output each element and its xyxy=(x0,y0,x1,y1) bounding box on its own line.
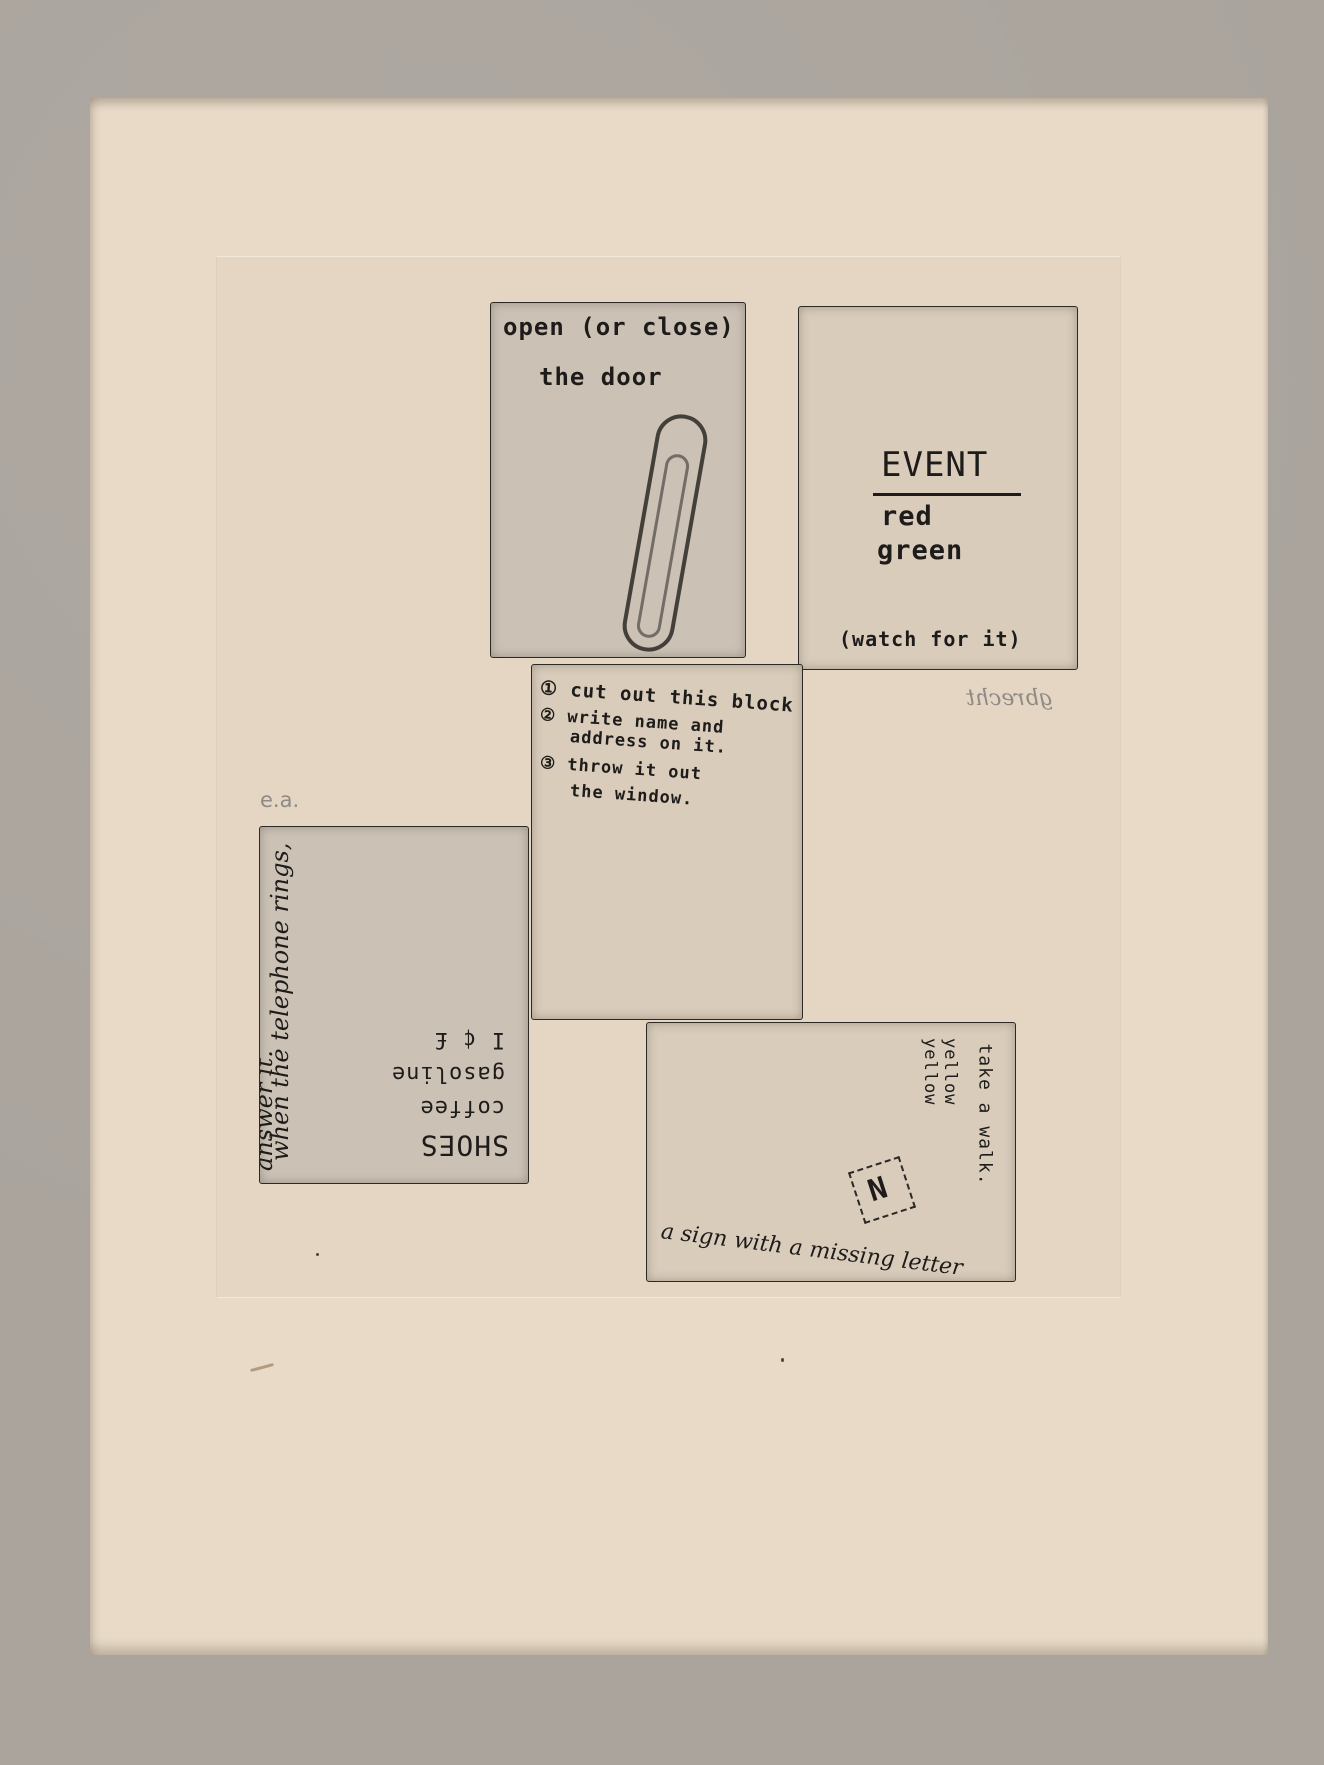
event-footer: (watch for it) xyxy=(839,627,1022,651)
event-underline xyxy=(873,493,1021,496)
inverted-line-shoes: SHOES xyxy=(420,1129,509,1162)
card-open-close-door: open (or close) the door xyxy=(490,302,746,658)
inverted-line-gasoline: gasoline xyxy=(391,1061,505,1086)
card-event: EVENT red green (watch for it) xyxy=(798,306,1078,670)
cutout-line-4: ③ throw it out xyxy=(539,753,702,784)
sign-vertical-yellow-1: yellow xyxy=(940,1038,960,1128)
missing-letter-stamp: N xyxy=(848,1156,916,1224)
inverted-text-block: I ¢ £ gasoline coffee SHOES xyxy=(395,1012,515,1172)
foxing-mark xyxy=(781,1358,784,1362)
telephone-line-2: answer it. xyxy=(259,971,278,1171)
sign-vertical-take-walk: take a walk. xyxy=(975,1044,996,1204)
sign-bottom-line: a sign with a missing letter xyxy=(659,1219,963,1281)
edition-annotation: e.a. xyxy=(260,788,299,812)
event-line-green: green xyxy=(877,535,963,566)
artist-signature-mirrored: gbrecht xyxy=(966,686,1053,711)
card-door-line-2: the door xyxy=(539,363,663,391)
stamp-letter: N xyxy=(864,1170,893,1209)
event-line-red: red xyxy=(881,501,933,532)
sign-vertical-yellow-2: yellow xyxy=(920,1038,940,1128)
inverted-line-symbols: I ¢ £ xyxy=(434,1027,505,1052)
card-door-line-1: open (or close) xyxy=(503,313,735,341)
card-cut-out-block: ① cut out this block ② write name and ad… xyxy=(531,664,803,1020)
card-telephone: when the telephone rings, answer it. I ¢… xyxy=(259,826,529,1184)
foxing-mark xyxy=(316,1253,319,1256)
card-sign-missing-letter: take a walk. yellow yellow N a sign with… xyxy=(646,1022,1016,1282)
inverted-line-coffee: coffee xyxy=(420,1095,505,1120)
cutout-line-5: the window. xyxy=(569,781,694,810)
event-title: EVENT xyxy=(881,445,988,485)
